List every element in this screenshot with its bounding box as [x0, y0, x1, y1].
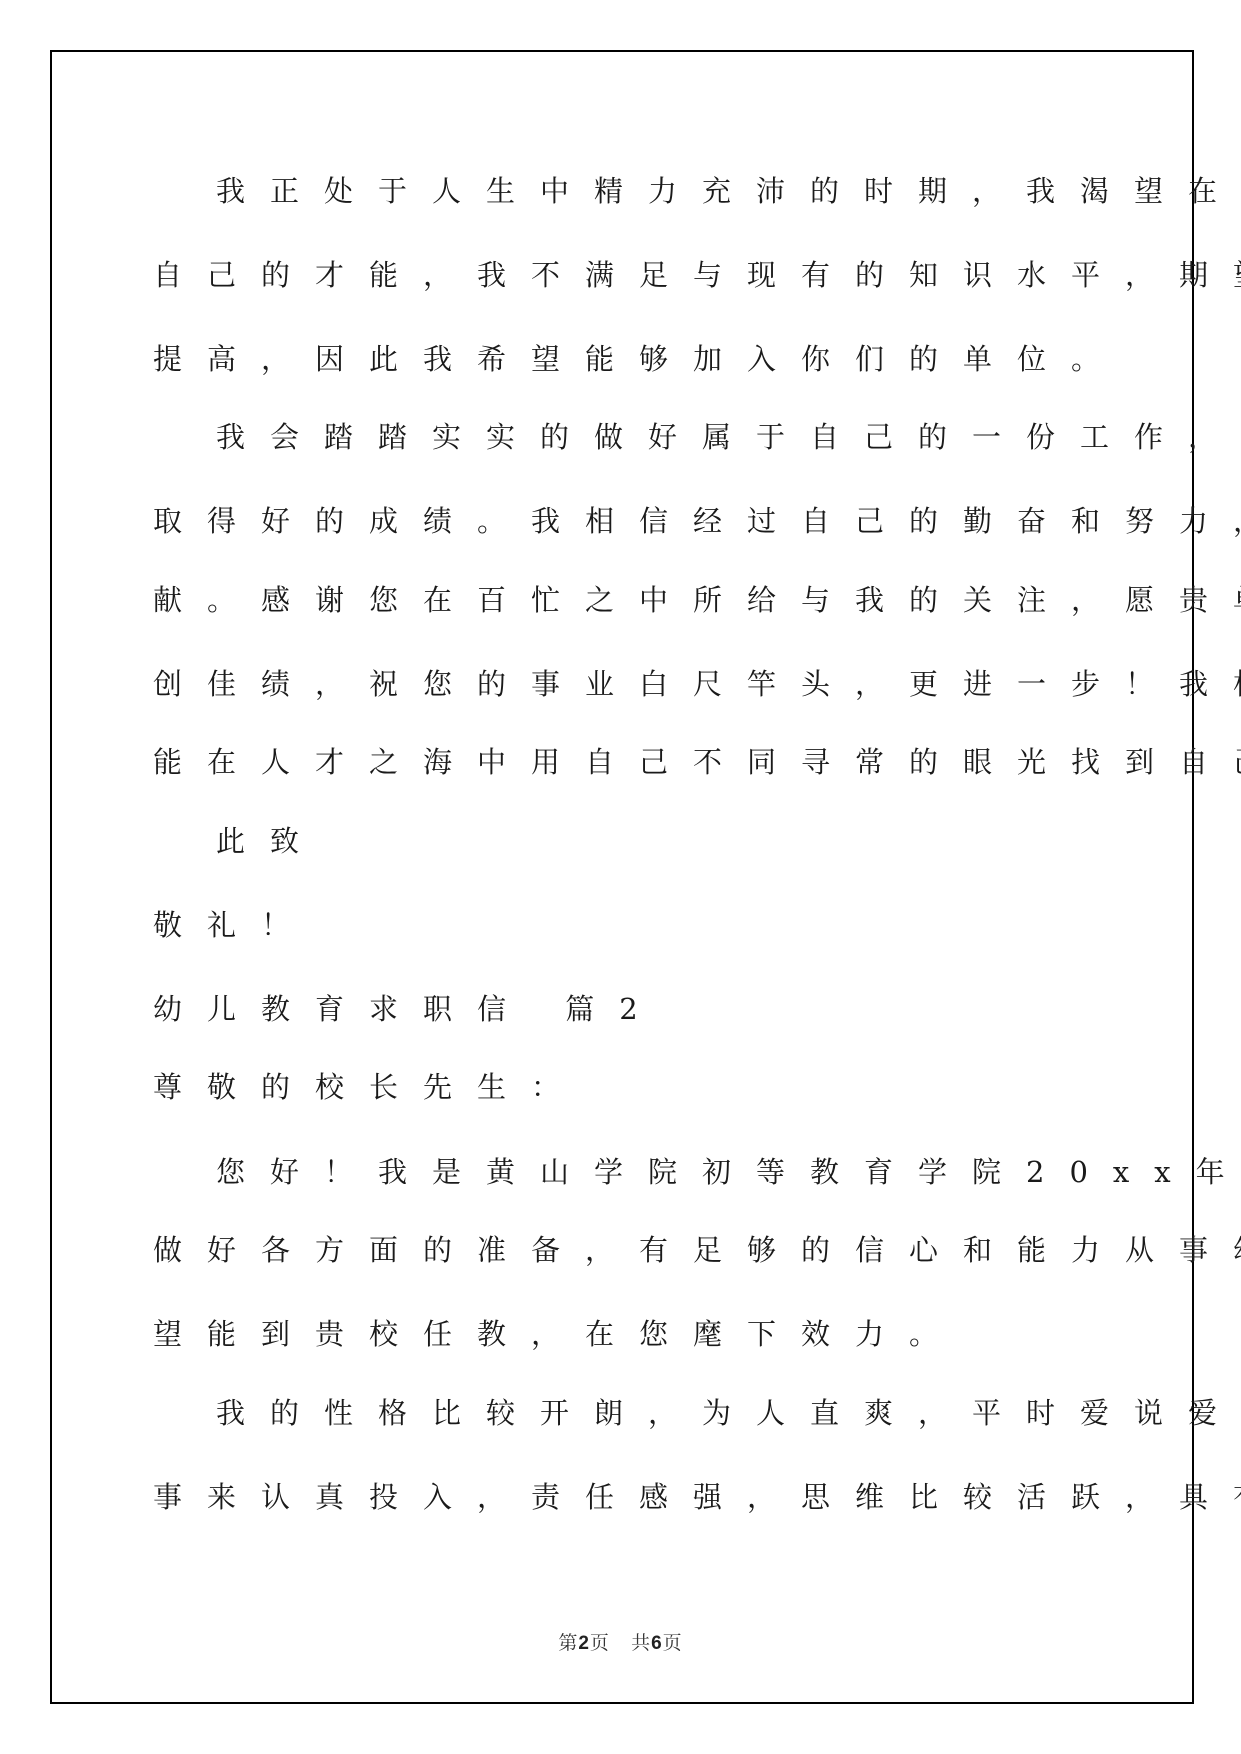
letter-greeting: 尊敬的校长先生： — [153, 1067, 1113, 1107]
paragraph-line: 做好各方面的准备，有足够的信心和能力从事幼儿教育工作。衷心希 — [153, 1230, 1113, 1270]
total-pages-number: 6 — [651, 1633, 663, 1654]
closing-phrase: 此致 — [216, 821, 1176, 861]
paragraph-line: 自己的才能，我不满足与现有的知识水平，期望在实践中得到锻炼和 — [153, 255, 1113, 295]
page-footer: 第2页 共6页 — [0, 1628, 1241, 1655]
paragraph-line: 我的性格比较开朗，为人直爽，平时爱说爱笑爱玩爱闹，但做起 — [216, 1393, 1176, 1433]
section-heading: 幼儿教育求职信 篇2 — [153, 989, 1113, 1029]
paragraph-line: 您好！我是黄山学院初等教育学院20xx年xxx，毕业在际，我已 — [216, 1152, 1176, 1192]
paragraph-line: 提高，因此我希望能够加入你们的单位。 — [153, 339, 1113, 379]
paragraph-line: 我正处于人生中精力充沛的时期，我渴望在更广阔的天地里展露 — [216, 171, 1176, 211]
paragraph-line: 能在人才之海中用自己不同寻常的眼光找到自己需要的千里之马！ — [153, 742, 1113, 782]
total-prefix: 共 — [631, 1632, 651, 1654]
page-border — [50, 50, 1194, 1704]
paragraph-line: 我会踏踏实实的做好属于自己的一份工作，竭尽全力的在工作中 — [216, 417, 1176, 457]
total-unit: 页 — [663, 1632, 683, 1654]
paragraph-line: 望能到贵校任教，在您麾下效力。 — [153, 1314, 1113, 1354]
paragraph-line: 创佳绩，祝您的事业白尺竿头，更进一步！我相信领导一定会是伯乐， — [153, 664, 1113, 704]
paragraph-line: 取得好的成绩。我相信经过自己的勤奋和努力，一定会做出应有的贡 — [153, 501, 1113, 541]
closing-salutation: 敬礼！ — [153, 905, 1113, 945]
paragraph-line: 事来认真投入，责任感强，思维比较活跃，具有较强的创新意识和能 — [153, 1477, 1113, 1517]
paragraph-line: 献。感谢您在百忙之中所给与我的关注，愿贵单位事业蒸蒸日上，屡 — [153, 580, 1113, 620]
current-page-number: 2 — [578, 1633, 590, 1654]
page-unit: 页 — [590, 1632, 610, 1654]
page-prefix: 第 — [558, 1632, 578, 1654]
